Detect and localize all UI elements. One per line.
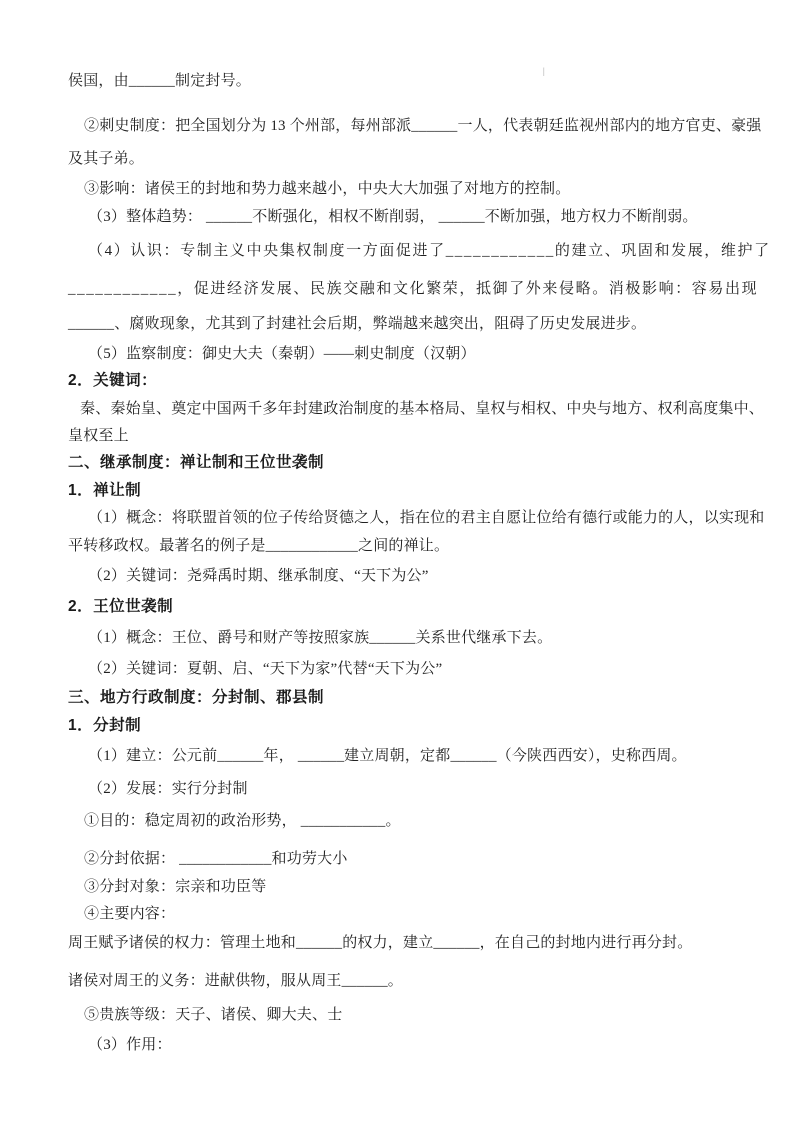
text-line: ②刺史制度：把全国划分为 13 个州部，每州部派______一人，代表朝廷监视州… [84,115,762,137]
text-line: ③影响：诸侯王的封地和势力越来越小，中央大大加强了对地方的控制。 [84,178,570,200]
text-line: （4）认识：专制主义中央集权制度一方面促进了____________的建立、巩固… [88,240,771,262]
text-line: ③分封对象：宗亲和功臣等 [84,876,266,898]
text-line: ④主要内容： [84,903,175,925]
text-line: ①目的：稳定周初的政治形势， ___________。 [84,810,401,832]
text-line: 诸侯对周王的义务：进献供物，服从周王______。 [68,970,403,992]
text-line: 2．王位世袭制 [68,596,173,618]
text-line: 平转移政权。最著名的例子是____________之间的禅让。 [68,535,449,557]
text-line: （1）概念：王位、爵号和财产等按照家族______关系世代继承下去。 [88,627,552,649]
text-line: （2）关键词：夏朝、启、“天下为家”代替“天下为公” [88,658,442,680]
text-line: （5）监察制度：御史大夫（秦朝）——刺史制度（汉朝） [88,343,476,365]
text-line: 三、地方行政制度：分封制、郡县制 [68,687,324,709]
text-line: 秦、秦始皇、奠定中国两千多年封建政治制度的基本格局、皇权与相权、中央与地方、权利… [80,398,764,420]
text-line: （1）概念：将联盟首领的位子传给贤德之人，指在位的君主自愿让位给有德行或能力的人… [88,507,765,529]
text-line: （3）整体趋势： ______不断强化，相权不断削弱， ______不断加强，地… [88,206,698,228]
text-line: （3）作用： [88,1034,172,1056]
text-line: 皇权至上 [68,425,129,447]
text-line: （2）关键词：尧舜禹时期、继承制度、“天下为公” [88,565,429,587]
text-line: 1．分封制 [68,715,141,737]
text-line: 2．关键词： [68,370,157,392]
text-line: ⑤贵族等级：天子、诸侯、卿大夫、士 [84,1004,342,1026]
text-line: ______、腐败现象，尤其到了封建社会后期，弊端越来越突出，阻碍了历史发展进步… [68,313,646,335]
text-line: 周王赋予诸侯的权力：管理土地和______的权力，建立______，在自己的封地… [68,932,692,954]
stray-mark: | [543,67,544,76]
text-line: （2）发展：实行分封制 [88,778,248,800]
text-line: ②分封依据： ____________和功劳大小 [84,848,348,870]
text-line: 及其子弟。 [68,148,144,170]
document-page: | 侯国，由______制定封号。②刺史制度：把全国划分为 13 个州部，每州部… [0,0,793,1122]
text-line: ____________，促进经济发展、民族交融和文化繁荣，抵御了外来侵略。消极… [68,278,758,300]
text-line: （1）建立：公元前______年， ______建立周朝，定都______（今陕… [88,745,687,767]
text-line: 二、继承制度：禅让制和王位世袭制 [68,452,324,474]
text-line: 侯国，由______制定封号。 [68,70,251,92]
text-line: 1．禅让制 [68,480,141,502]
